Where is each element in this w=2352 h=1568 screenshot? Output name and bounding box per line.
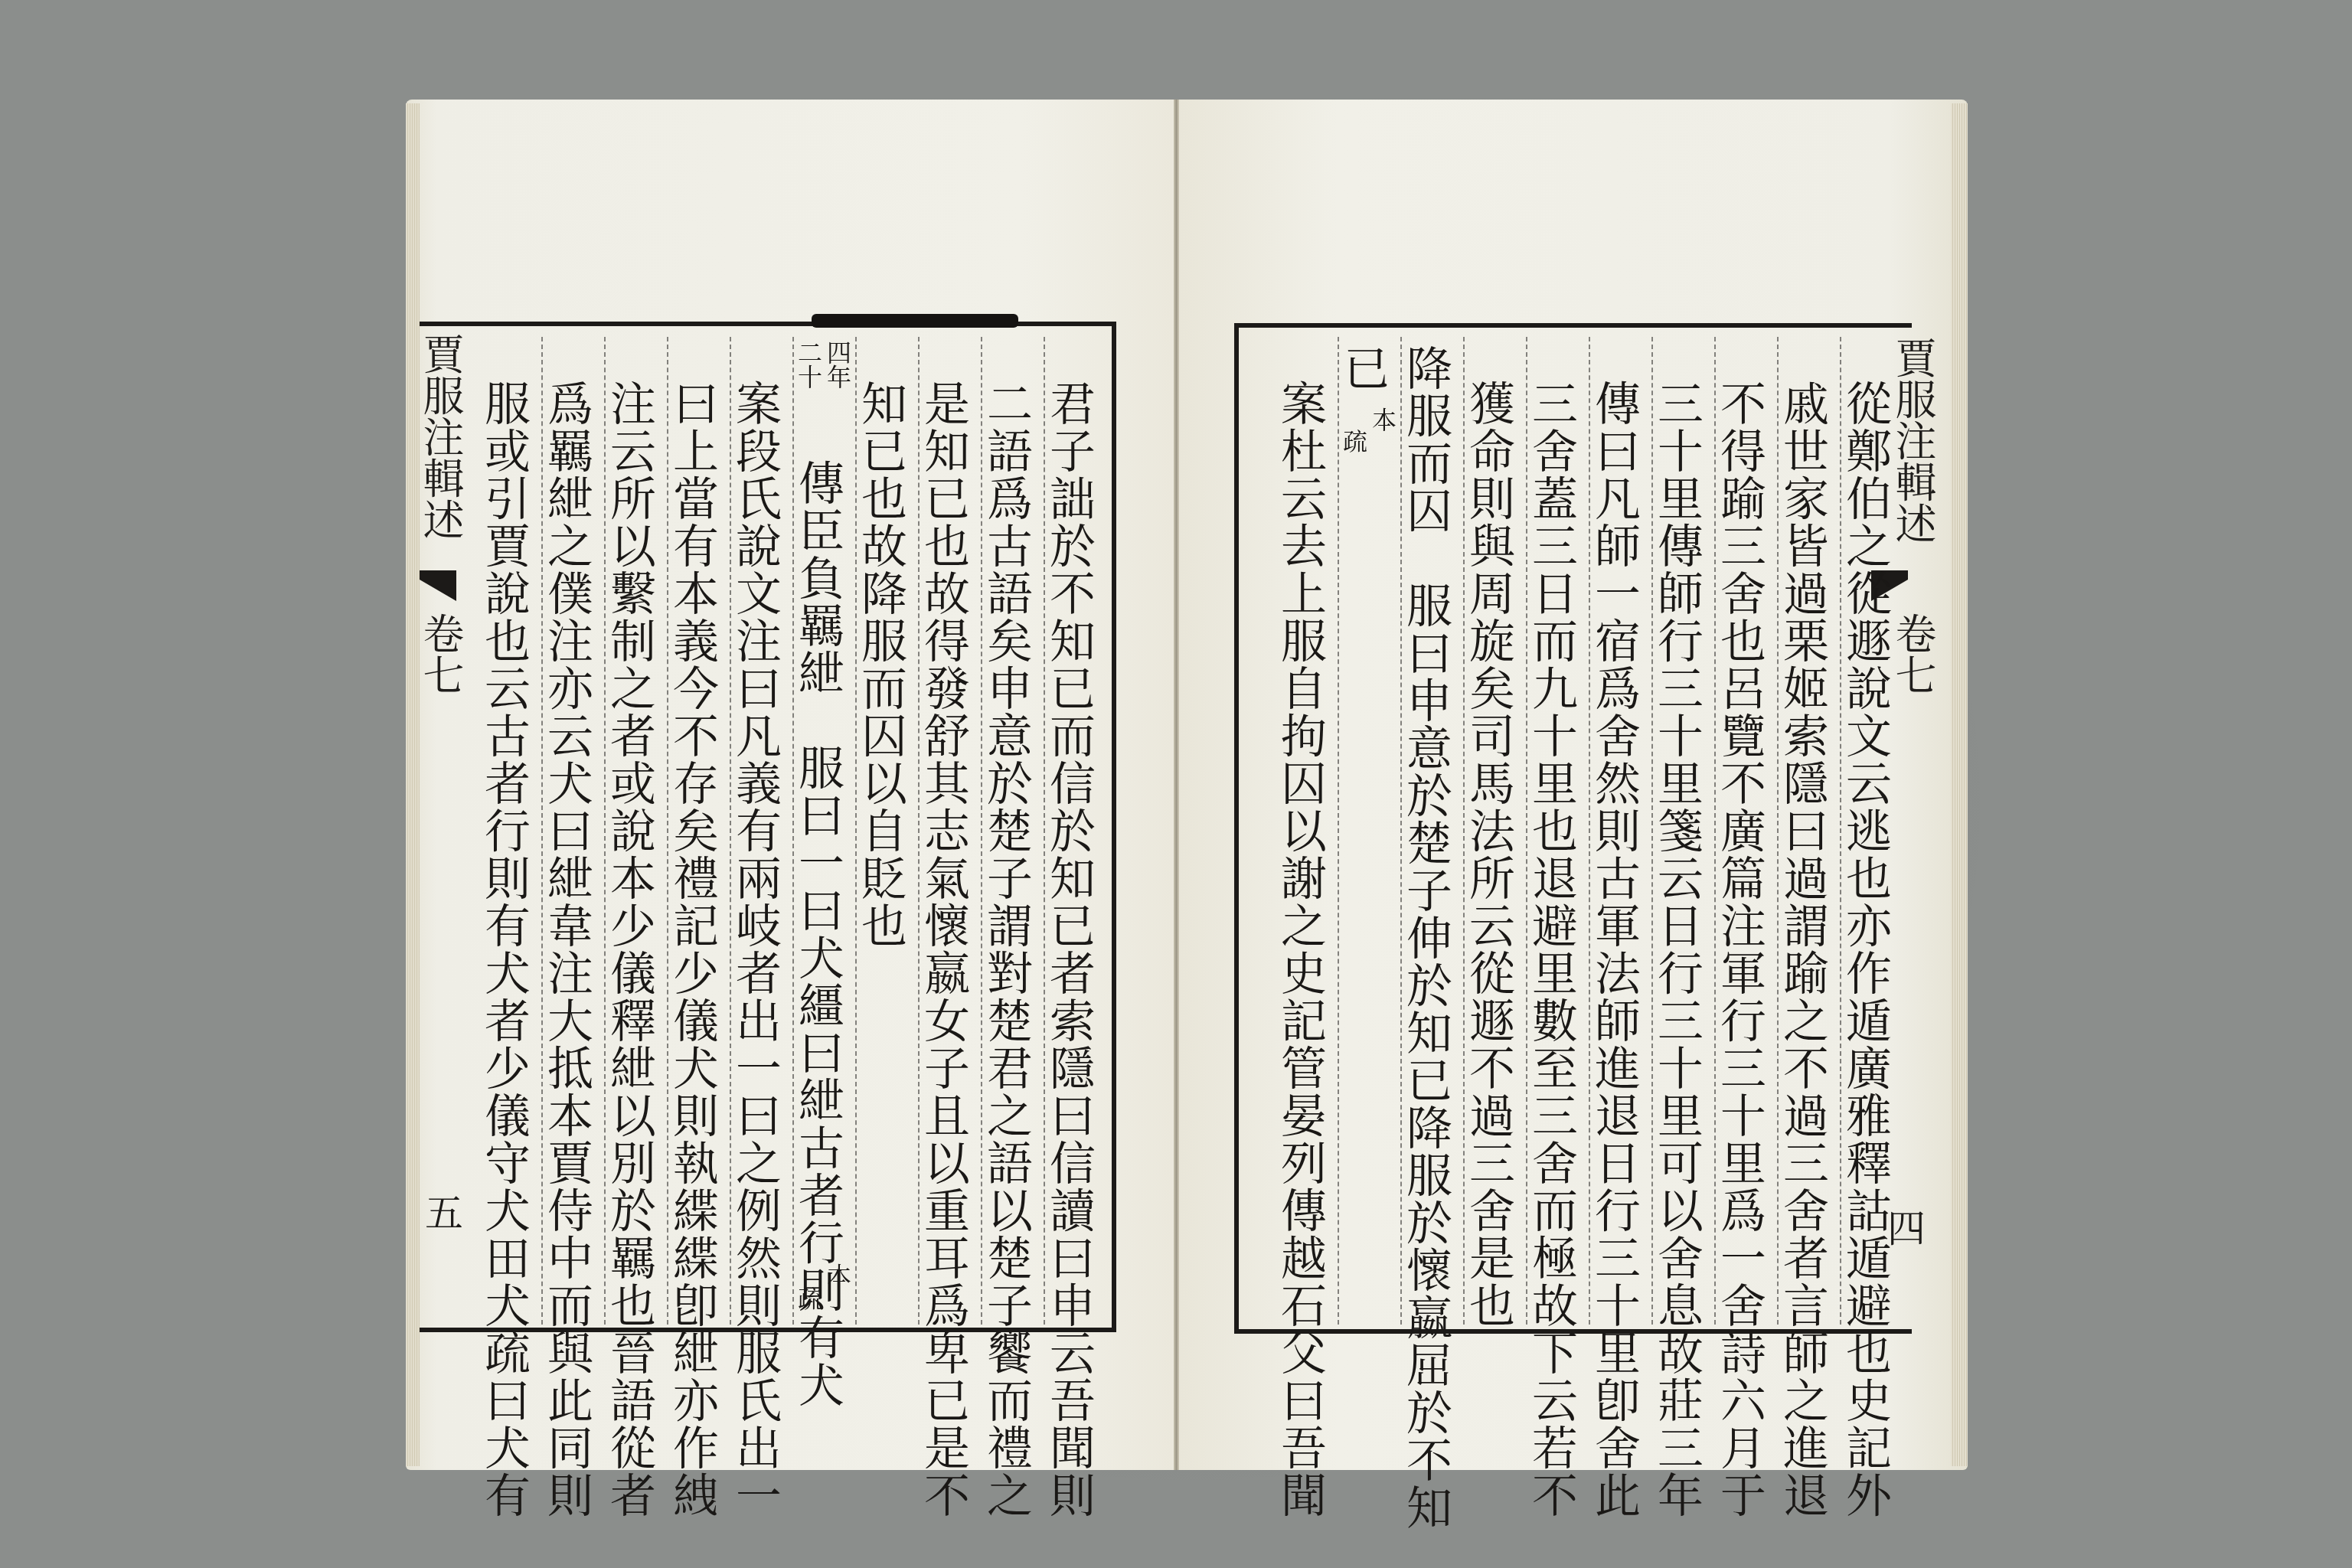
text-column-with-note: 已 本 疏 (1338, 337, 1400, 1325)
text-column: 不得踰三舍也呂覽不廣篇注軍行三十里爲一舍詩六月于 (1714, 337, 1777, 1325)
text-column: 注云所以繫制之者或說本少儀釋紲以別於羈也晉語從者 (604, 337, 667, 1325)
book-gutter (1174, 100, 1179, 1470)
text-column: 案段氏說文注曰凡義有兩岐者出一曰之例然則服氏出一 (730, 337, 792, 1325)
left-text-columns: 君子詘於不知已而信於知已者索隱曰信讀曰申云吾聞則 二語爲古語矣申意於楚子謂對楚君… (429, 337, 1106, 1325)
right-page-edge-stack (1951, 103, 1968, 1466)
heading-note-right: 二十 (794, 340, 823, 389)
text-column: 案杜云去上服自拘囚以謝之史記管晏列傳越石父曰吾聞 (1275, 337, 1338, 1325)
text-column: 服或引賈說也云古者行則有犬者少儀守犬田犬疏曰犬有 (479, 337, 541, 1325)
trailing-note-left: 疏 (1339, 429, 1368, 453)
text-column: 爲羈紲之僕注亦云犬曰紲韋注大抵本賈侍中而與此同則 (541, 337, 604, 1325)
trailing-note-right: 本 (823, 1263, 852, 1288)
trailing-note-left: 疏 (794, 1286, 823, 1311)
trailing-note-right: 本 (1368, 407, 1397, 432)
text-column: 獲命則與周旋矣司馬法所云從遯不過三舍是也 (1463, 337, 1526, 1325)
text-column: 三十里傳師行三十里箋云日行三十里可以舍息故莊三年 (1651, 337, 1714, 1325)
text-column: 三舍蓋三日而九十里也退避里數至三舍而極故下云若不 (1526, 337, 1589, 1325)
text-column: 君子詘於不知已而信於知已者索隱曰信讀曰申云吾聞則 (1044, 337, 1106, 1325)
right-text-columns: 從鄭伯之從遯說文云逃也亦作遁廣雅釋詁遁避也史記外 戚世家皆過栗姬索隱曰過謂踰之不… (1244, 337, 1903, 1325)
text-column-with-heading: 二十 四年 傳臣負羈紲 服曰一曰犬繮曰紲古者行則有犬 本 疏 (792, 337, 855, 1325)
ink-smudge-top (812, 314, 1018, 328)
left-page-edge-stack (406, 103, 420, 1466)
text-column: 知已也故降服而囚以自貶也 (855, 337, 918, 1325)
text-column: 戚世家皆過栗姬索隱曰過謂踰之不過三舍者言師之進退 (1777, 337, 1840, 1325)
text-column: 是知已也故得發舒其志氣懷嬴女子且以重耳爲卑已是不 (918, 337, 981, 1325)
heading-note-left: 四年 (823, 340, 852, 389)
text-column: 從鄭伯之從遯說文云逃也亦作遁廣雅釋詁遁避也史記外 (1840, 337, 1903, 1325)
text-column: 降服而囚 服曰申意於楚子伸於知已降服於懷嬴屈於不知 (1400, 337, 1463, 1325)
text-column: 二語爲古語矣申意於楚子謂對楚君之語以楚子饗而禮之 (981, 337, 1044, 1325)
text-column: 曰上當有本義今不存矣禮記少儀犬則執緤緤卽紲亦作絏 (667, 337, 730, 1325)
text-column: 傳曰凡師一宿爲舍然則古軍法師進退日行三十里卽舍此 (1589, 337, 1651, 1325)
